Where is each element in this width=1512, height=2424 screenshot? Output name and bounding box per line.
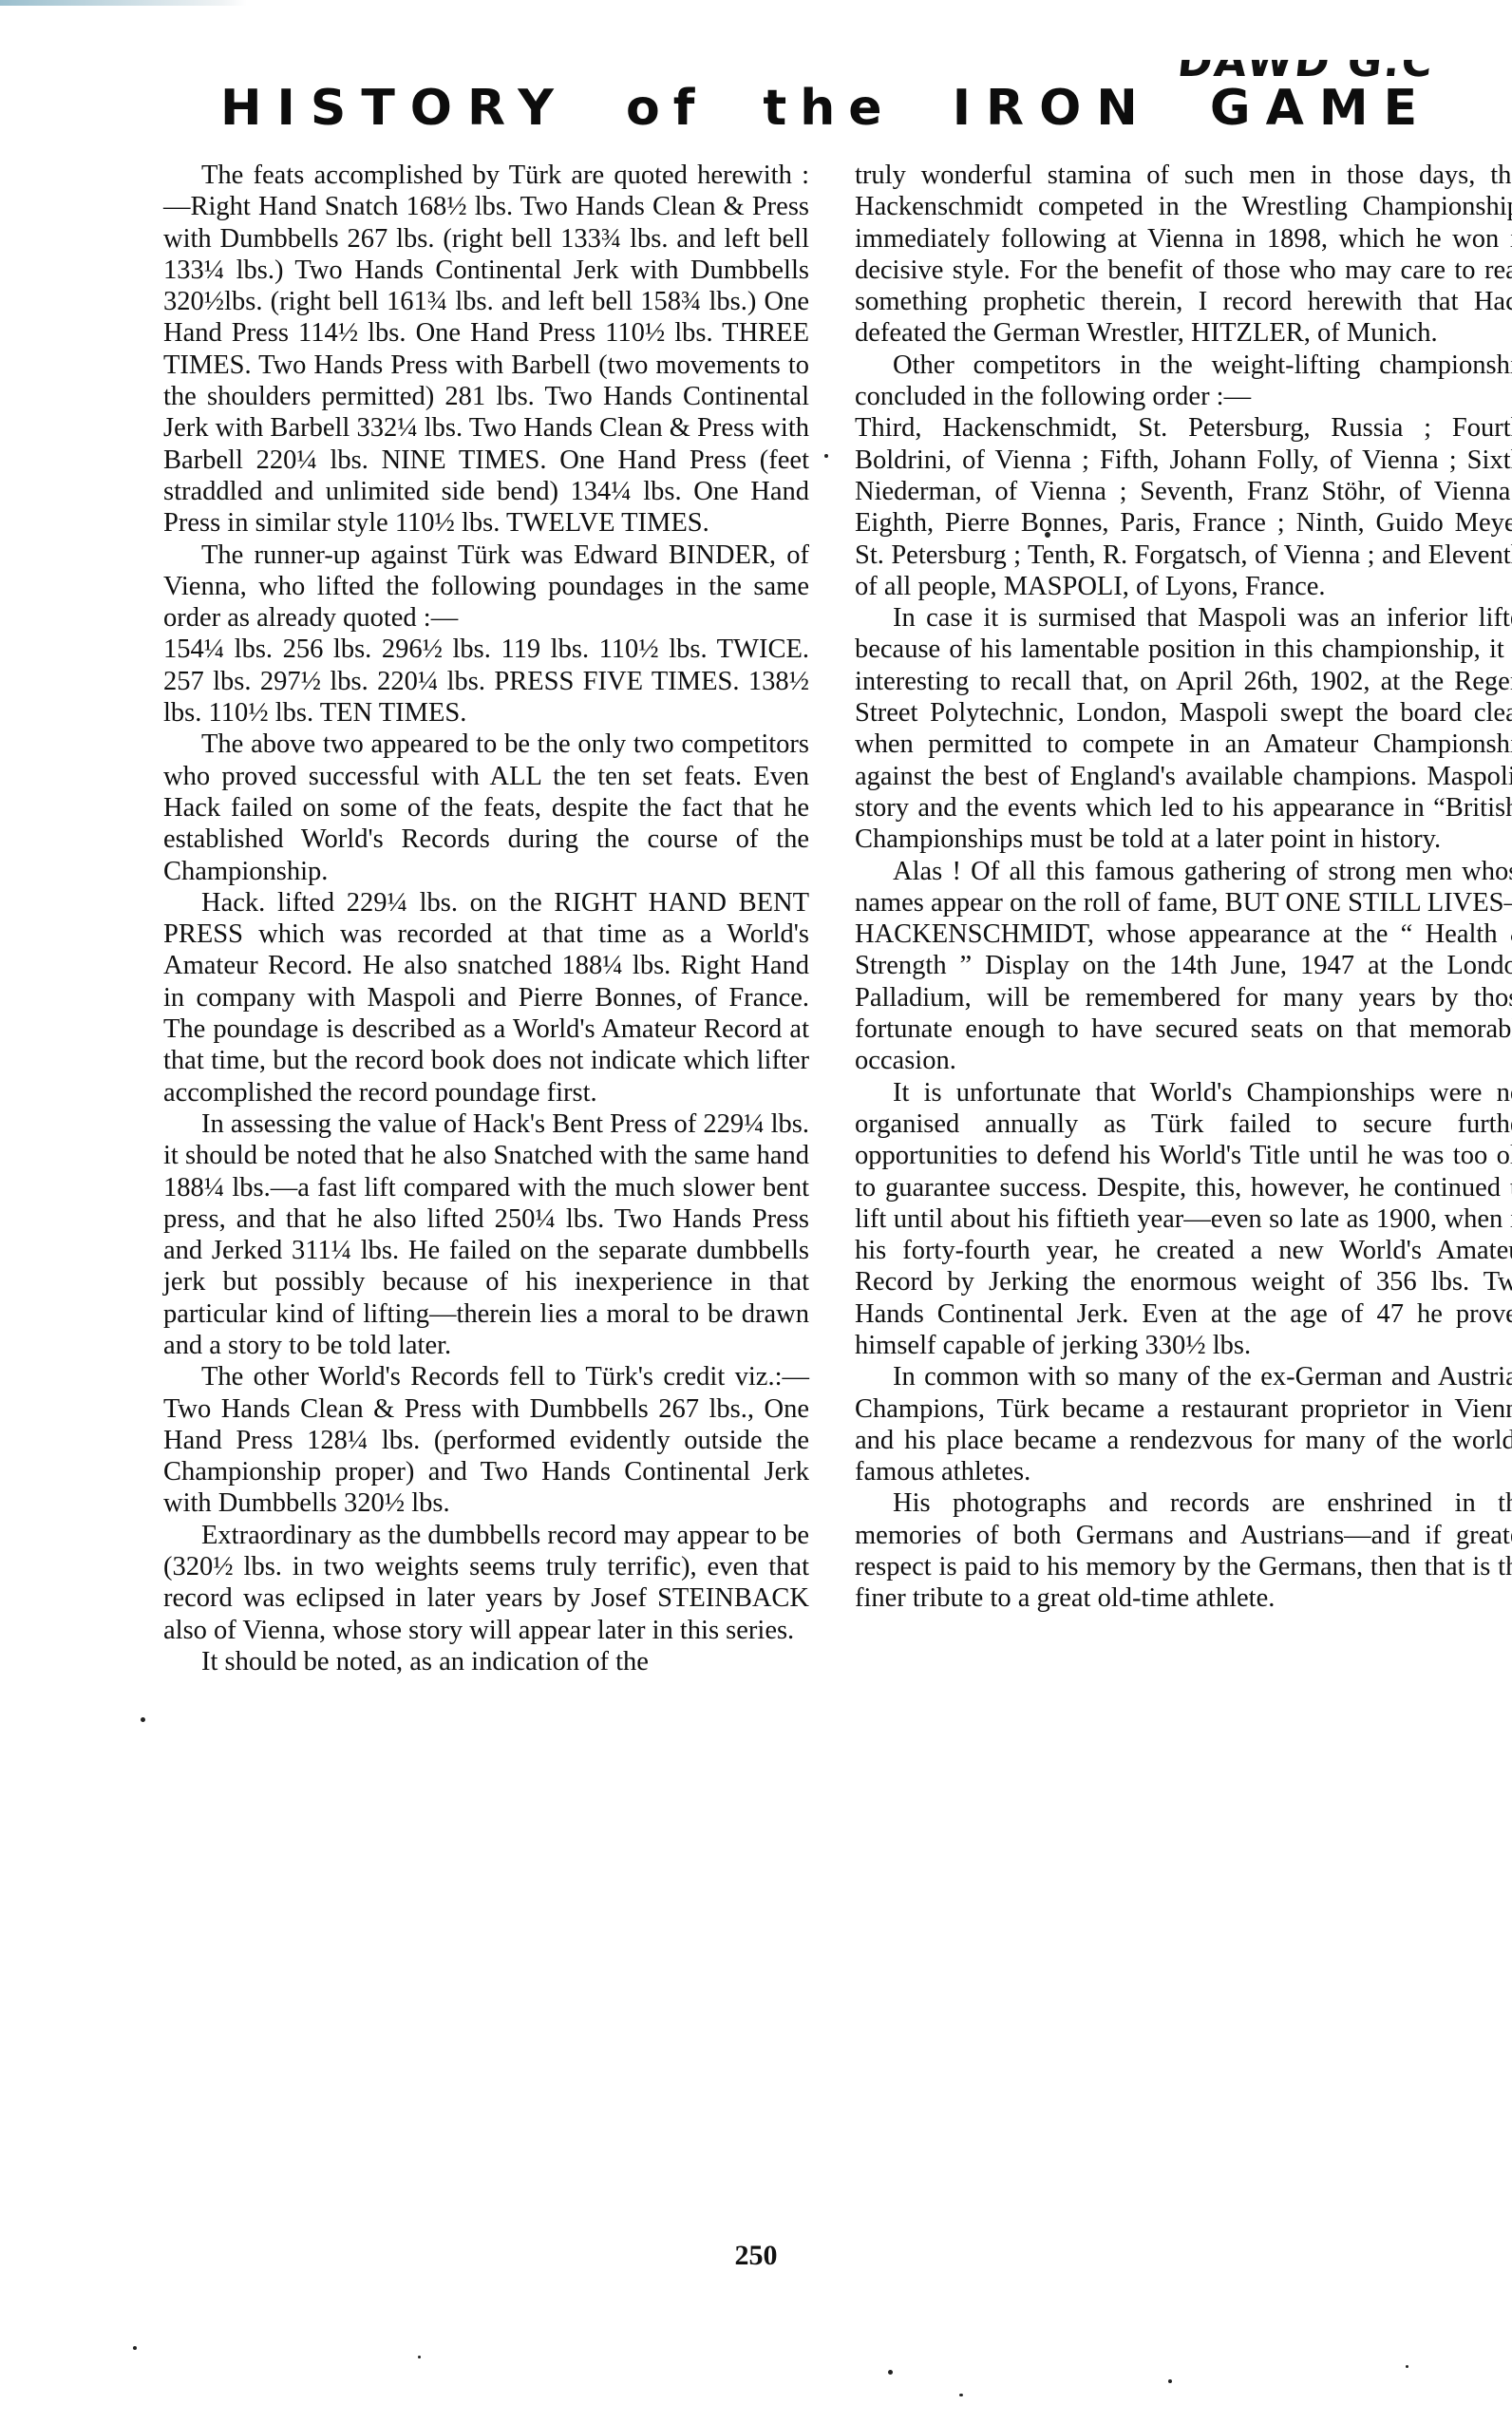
- scan-speck: [959, 2394, 963, 2396]
- paragraph-other-competitors: Other competitors in the weight-lifting …: [855, 350, 1512, 413]
- scan-speck: [824, 454, 828, 458]
- paragraph-unfortunate: It is unfortunate that World's Champions…: [855, 1077, 1512, 1362]
- scan-edge-tint: [0, 0, 247, 6]
- paragraph-turk-feats: The feats accomplished by Türk are quote…: [163, 160, 809, 540]
- paragraph-enshrined: His photographs and records are enshrine…: [855, 1487, 1512, 1614]
- title-iron-game: IRON GAME: [953, 80, 1432, 137]
- scan-speck: [141, 1717, 145, 1722]
- paragraph-extraordinary: Extraordinary as the dumbbells record ma…: [163, 1520, 809, 1646]
- title-of-the: of the: [626, 80, 896, 137]
- scan-speck: [1045, 532, 1050, 538]
- paragraph-other-records: The other World's Records fell to Türk's…: [163, 1361, 809, 1519]
- paragraph-maspoli: In case it is surmised that Maspoli was …: [855, 602, 1512, 855]
- page-number: 250: [0, 2240, 1512, 2272]
- paragraph-placings-list: Third, Hackenschmidt, St. Petersburg, Ru…: [855, 412, 1512, 602]
- paragraph-should-be-noted: It should be noted, as an indication of …: [163, 1646, 809, 1677]
- right-column: truly wonderful stamina of such men in t…: [855, 160, 1512, 1615]
- paragraph-only-two: The above two appeared to be the only tw…: [163, 729, 809, 886]
- scan-speck: [133, 2346, 137, 2350]
- scan-speck: [1406, 2365, 1408, 2368]
- page-title: HISTORY of the IRON GAME: [220, 84, 1432, 133]
- paragraph-restaurant: In common with so many of the ex-German …: [855, 1361, 1512, 1487]
- scan-speck: [1168, 2379, 1172, 2383]
- scan-speck: [418, 2356, 421, 2358]
- paragraph-alas: Alas ! Of all this famous gathering of s…: [855, 856, 1512, 1077]
- paragraph-stamina-continued: truly wonderful stamina of such men in t…: [855, 160, 1512, 350]
- paragraph-assessing-value: In assessing the value of Hack's Bent Pr…: [163, 1108, 809, 1361]
- scan-speck: [888, 2370, 893, 2375]
- paragraph-binder-poundages: 154¼ lbs. 256 lbs. 296½ lbs. 119 lbs. 11…: [163, 634, 809, 729]
- paragraph-binder-intro: The runner-up against Türk was Edward BI…: [163, 540, 809, 634]
- paragraph-hack-bent-press: Hack. lifted 229¼ lbs. on the RIGHT HAND…: [163, 887, 809, 1108]
- title-history: HISTORY: [220, 80, 569, 137]
- left-column: The feats accomplished by Türk are quote…: [163, 160, 809, 1677]
